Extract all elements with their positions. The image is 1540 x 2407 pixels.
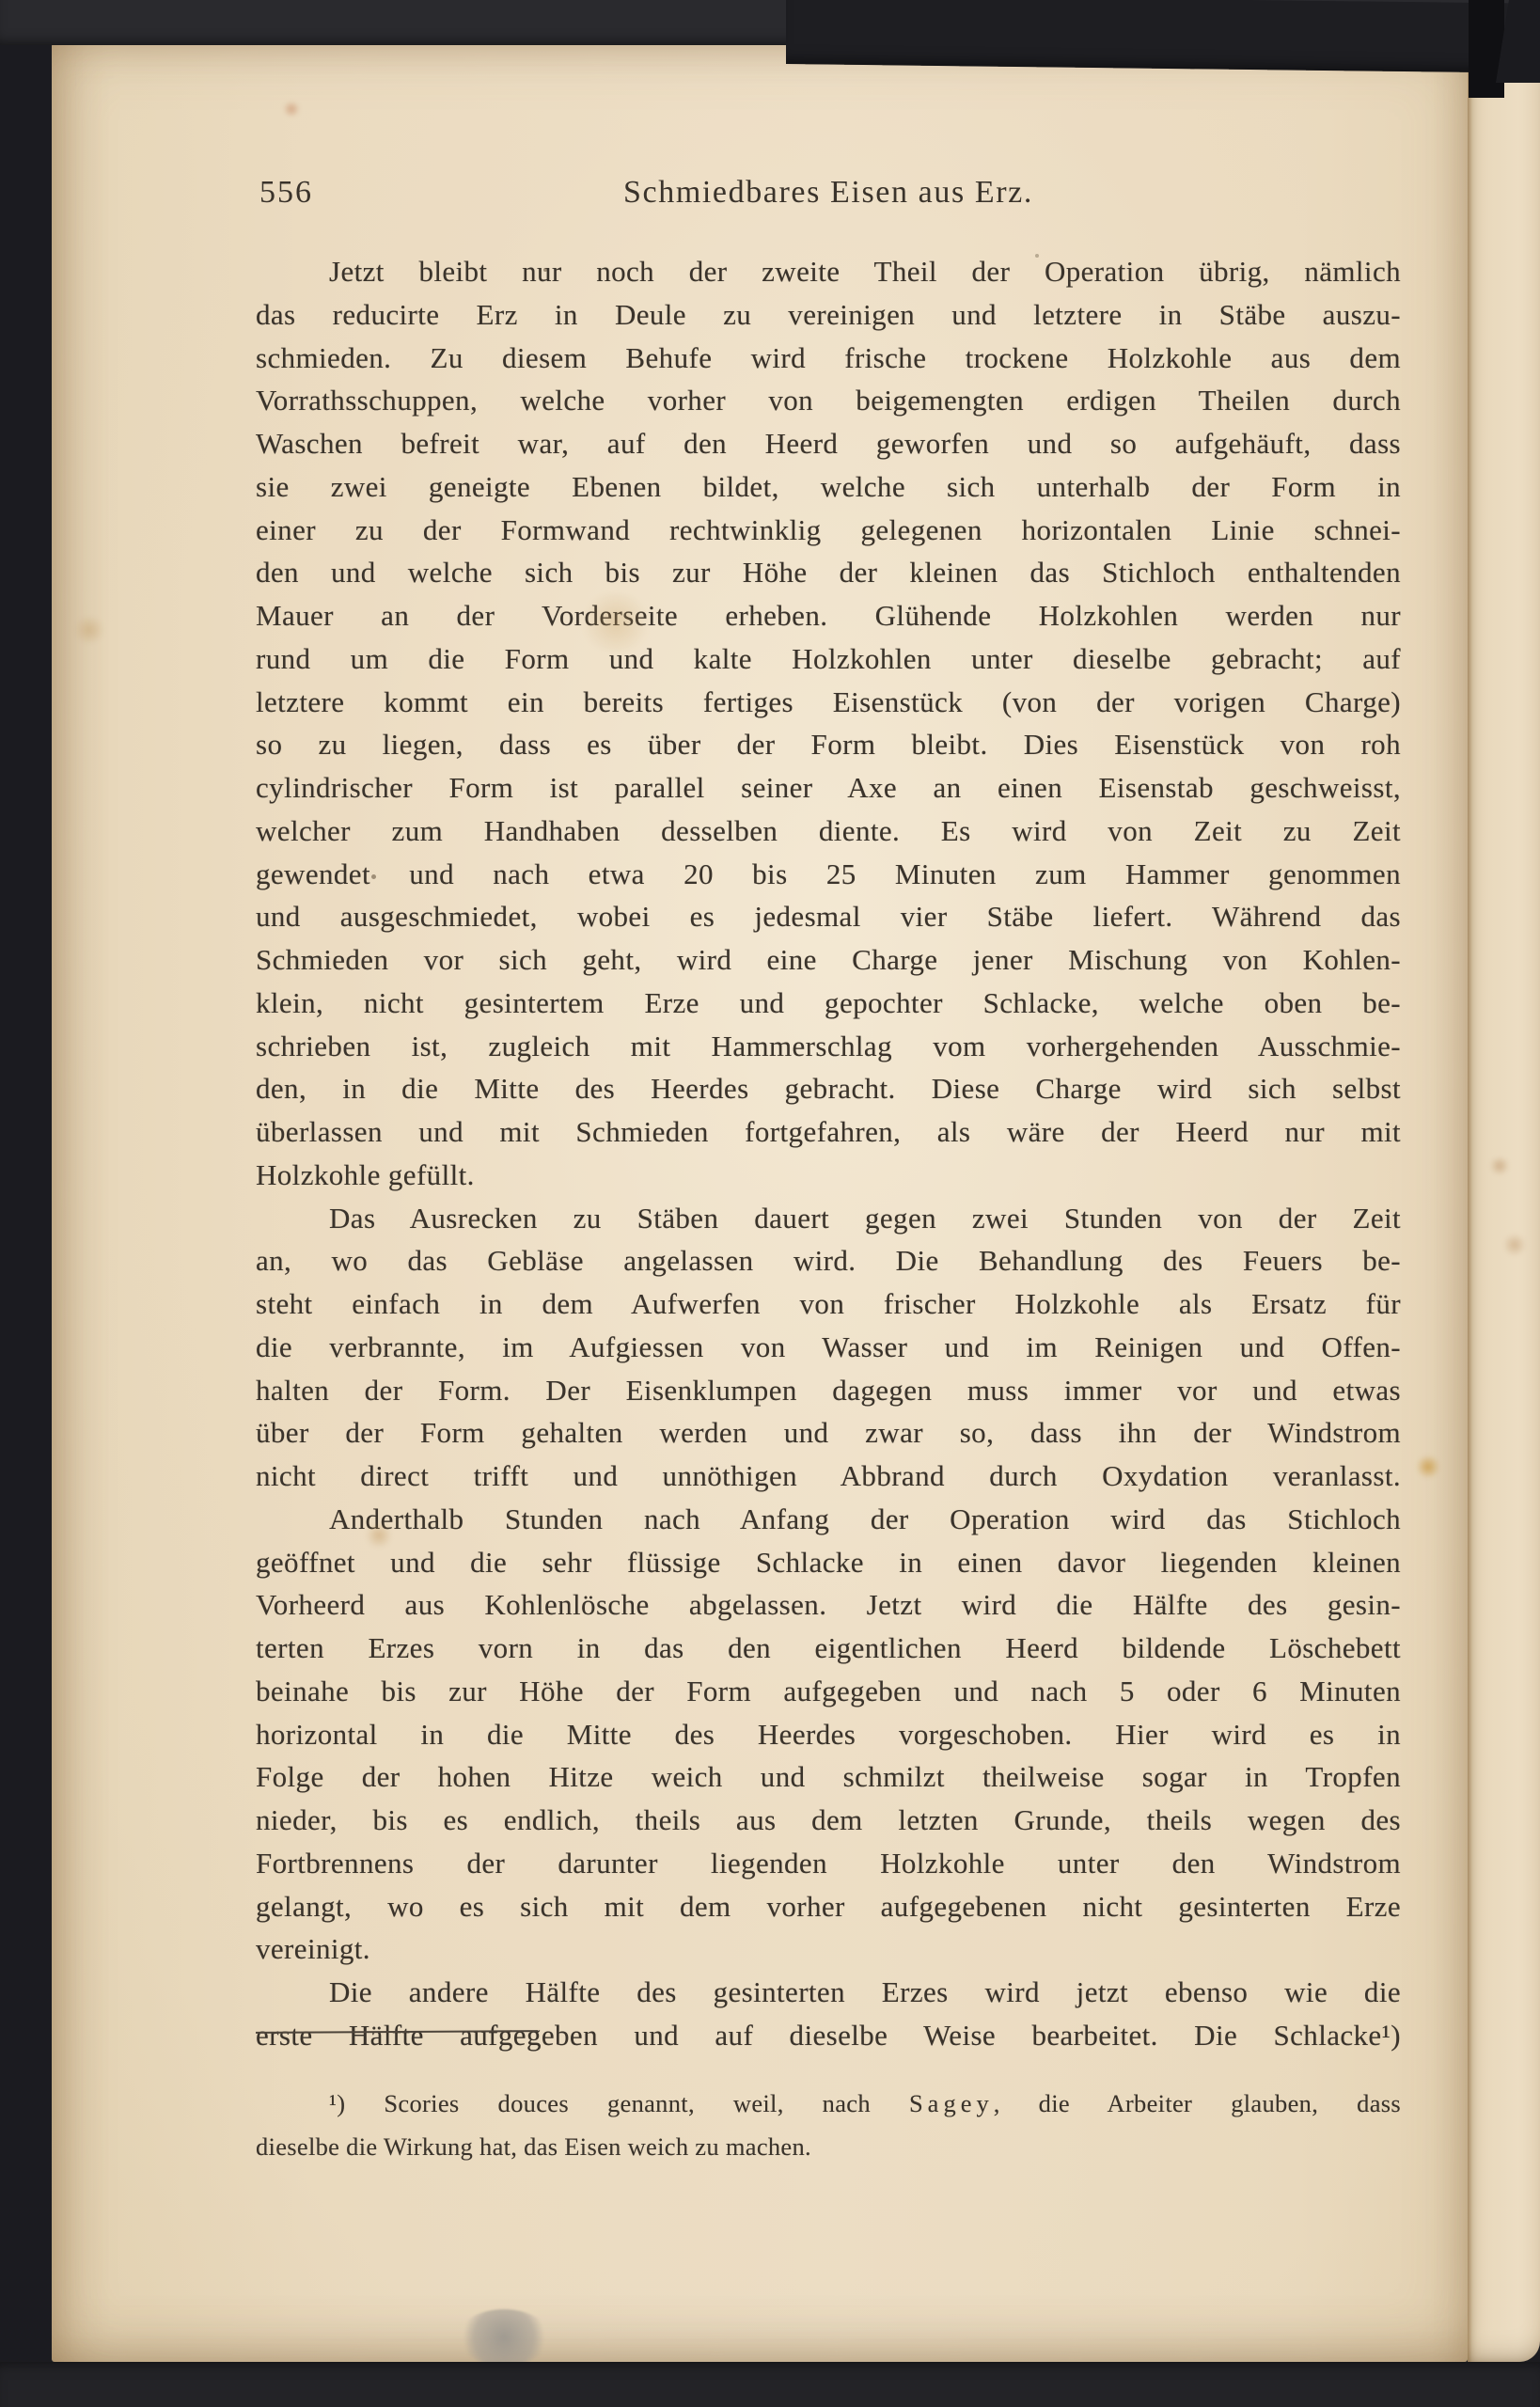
text-line: halten der Form. Der Eisenklumpen dagege… xyxy=(256,1369,1401,1412)
text-line: klein, nicht gesintertem Erze und gepoch… xyxy=(256,982,1401,1025)
text-line: Jetzt bleibt nur noch der zweite Theil d… xyxy=(256,250,1401,293)
ink-smudge xyxy=(458,2309,550,2366)
text-line: den und welche sich bis zur Höhe der kle… xyxy=(256,551,1401,594)
text-line: geöffnet und die sehr flüssige Schlacke … xyxy=(256,1541,1401,1584)
page-number: 556 xyxy=(259,175,313,211)
footnote-line: dieselbe die Wirkung hat, das Eisen weic… xyxy=(256,2125,1401,2168)
text-line: schrieben ist, zugleich mit Hammerschlag… xyxy=(256,1025,1401,1068)
text-line: Folge der hohen Hitze weich und schmilzt… xyxy=(256,1755,1401,1799)
text-line: sie zwei geneigte Ebenen bildet, welche … xyxy=(256,465,1401,509)
footnote: ¹) Scories douces genannt, weil, nach Sa… xyxy=(256,2082,1401,2168)
text-line: gewendet und nach etwa 20 bis 25 Minuten… xyxy=(256,853,1401,896)
page-header: 556 Schmiedbares Eisen aus Erz. xyxy=(256,175,1401,216)
text-line: einer zu der Formwand rechtwinklig geleg… xyxy=(256,509,1401,552)
body-text: Jetzt bleibt nur noch der zweite Theil d… xyxy=(256,250,1401,2057)
paper-stain xyxy=(1416,1455,1440,1478)
text-line: steht einfach in dem Aufwerfen von frisc… xyxy=(256,1282,1401,1326)
next-page-edge xyxy=(1468,55,1540,2362)
text-line: und ausgeschmiedet, wobei es jedesmal vi… xyxy=(256,895,1401,938)
text-line: das reducirte Erz in Deule zu vereinigen… xyxy=(256,293,1401,337)
text-line: cylindrischer Form ist parallel seiner A… xyxy=(256,766,1401,810)
footnote-marker-text: ¹) Scories douces genannt, weil, nach xyxy=(329,2089,909,2117)
text-line: schmieden. Zu diesem Behufe wird frische… xyxy=(256,337,1401,380)
book-cover-top-edge xyxy=(786,0,1540,73)
text-line: nieder, bis es endlich, theils aus dem l… xyxy=(256,1799,1401,1842)
text-line: Holzkohle gefüllt. xyxy=(256,1154,1401,1197)
text-line: horizontal in die Mitte des Heerdes vorg… xyxy=(256,1713,1401,1756)
text-line: Vorrathsschuppen, welche vorher von beig… xyxy=(256,379,1401,422)
paper-speck xyxy=(543,268,547,272)
footnote-author-name: Sagey xyxy=(909,2089,994,2117)
scan-bottom-band xyxy=(0,2362,1540,2407)
text-line: rund um die Form und kalte Holzkohlen un… xyxy=(256,637,1401,681)
text-line: Schmieden vor sich geht, wird eine Charg… xyxy=(256,938,1401,982)
text-line: welcher zum Handhaben desselben diente. … xyxy=(256,810,1401,853)
text-line: Fortbrennens der darunter liegenden Holz… xyxy=(256,1842,1401,1885)
text-line: gelangt, wo es sich mit dem vorher aufge… xyxy=(256,1885,1401,1928)
text-line: an, wo das Gebläse angelassen wird. Die … xyxy=(256,1239,1401,1282)
text-line: Mauer an der Vorderseite erheben. Glühen… xyxy=(256,594,1401,637)
text-line: Anderthalb Stunden nach Anfang der Opera… xyxy=(256,1498,1401,1541)
book-page: 556 Schmiedbares Eisen aus Erz. Jetzt bl… xyxy=(52,43,1468,2362)
text-line: nicht direct trifft und unnöthigen Abbra… xyxy=(256,1455,1401,1498)
text-line: beinahe bis zur Höhe der Form aufgegeben… xyxy=(256,1670,1401,1713)
paper-speck xyxy=(371,874,376,879)
book-cover-notch xyxy=(1469,0,1504,98)
scanned-book-spread: 556 Schmiedbares Eisen aus Erz. Jetzt bl… xyxy=(0,0,1540,2407)
text-line: Waschen befreit war, auf den Heerd gewor… xyxy=(256,422,1401,465)
text-line: über der Form gehalten werden und zwar s… xyxy=(256,1411,1401,1455)
text-line: den, in die Mitte des Heerdes gebracht. … xyxy=(256,1067,1401,1110)
paper-speck xyxy=(1035,254,1039,258)
text-line: Das Ausrecken zu Stäben dauert gegen zwe… xyxy=(256,1197,1401,1240)
footnote-line: ¹) Scories douces genannt, weil, nach Sa… xyxy=(256,2082,1401,2125)
text-line: terten Erzes vorn in das den eigentliche… xyxy=(256,1627,1401,1670)
text-line: erste Hälfte aufgegeben und auf dieselbe… xyxy=(256,2014,1401,2057)
text-line: die verbrannte, im Aufgiessen von Wasser… xyxy=(256,1326,1401,1369)
paper-stain xyxy=(282,102,301,117)
footnote-text-continued: , die Arbeiter glauben, dass xyxy=(994,2089,1401,2117)
text-line: vereinigt. xyxy=(256,1927,1401,1971)
running-title: Schmiedbares Eisen aus Erz. xyxy=(256,175,1401,211)
paper-stain xyxy=(73,616,105,644)
text-line: Vorheerd aus Kohlenlösche abgelassen. Je… xyxy=(256,1583,1401,1627)
text-line: Die andere Hälfte des gesinterten Erzes … xyxy=(256,1971,1401,2014)
text-line: letztere kommt ein bereits fertiges Eise… xyxy=(256,681,1401,724)
text-line: überlassen und mit Schmieden fortgefahre… xyxy=(256,1110,1401,1154)
text-line: so zu liegen, dass es über der Form blei… xyxy=(256,723,1401,766)
